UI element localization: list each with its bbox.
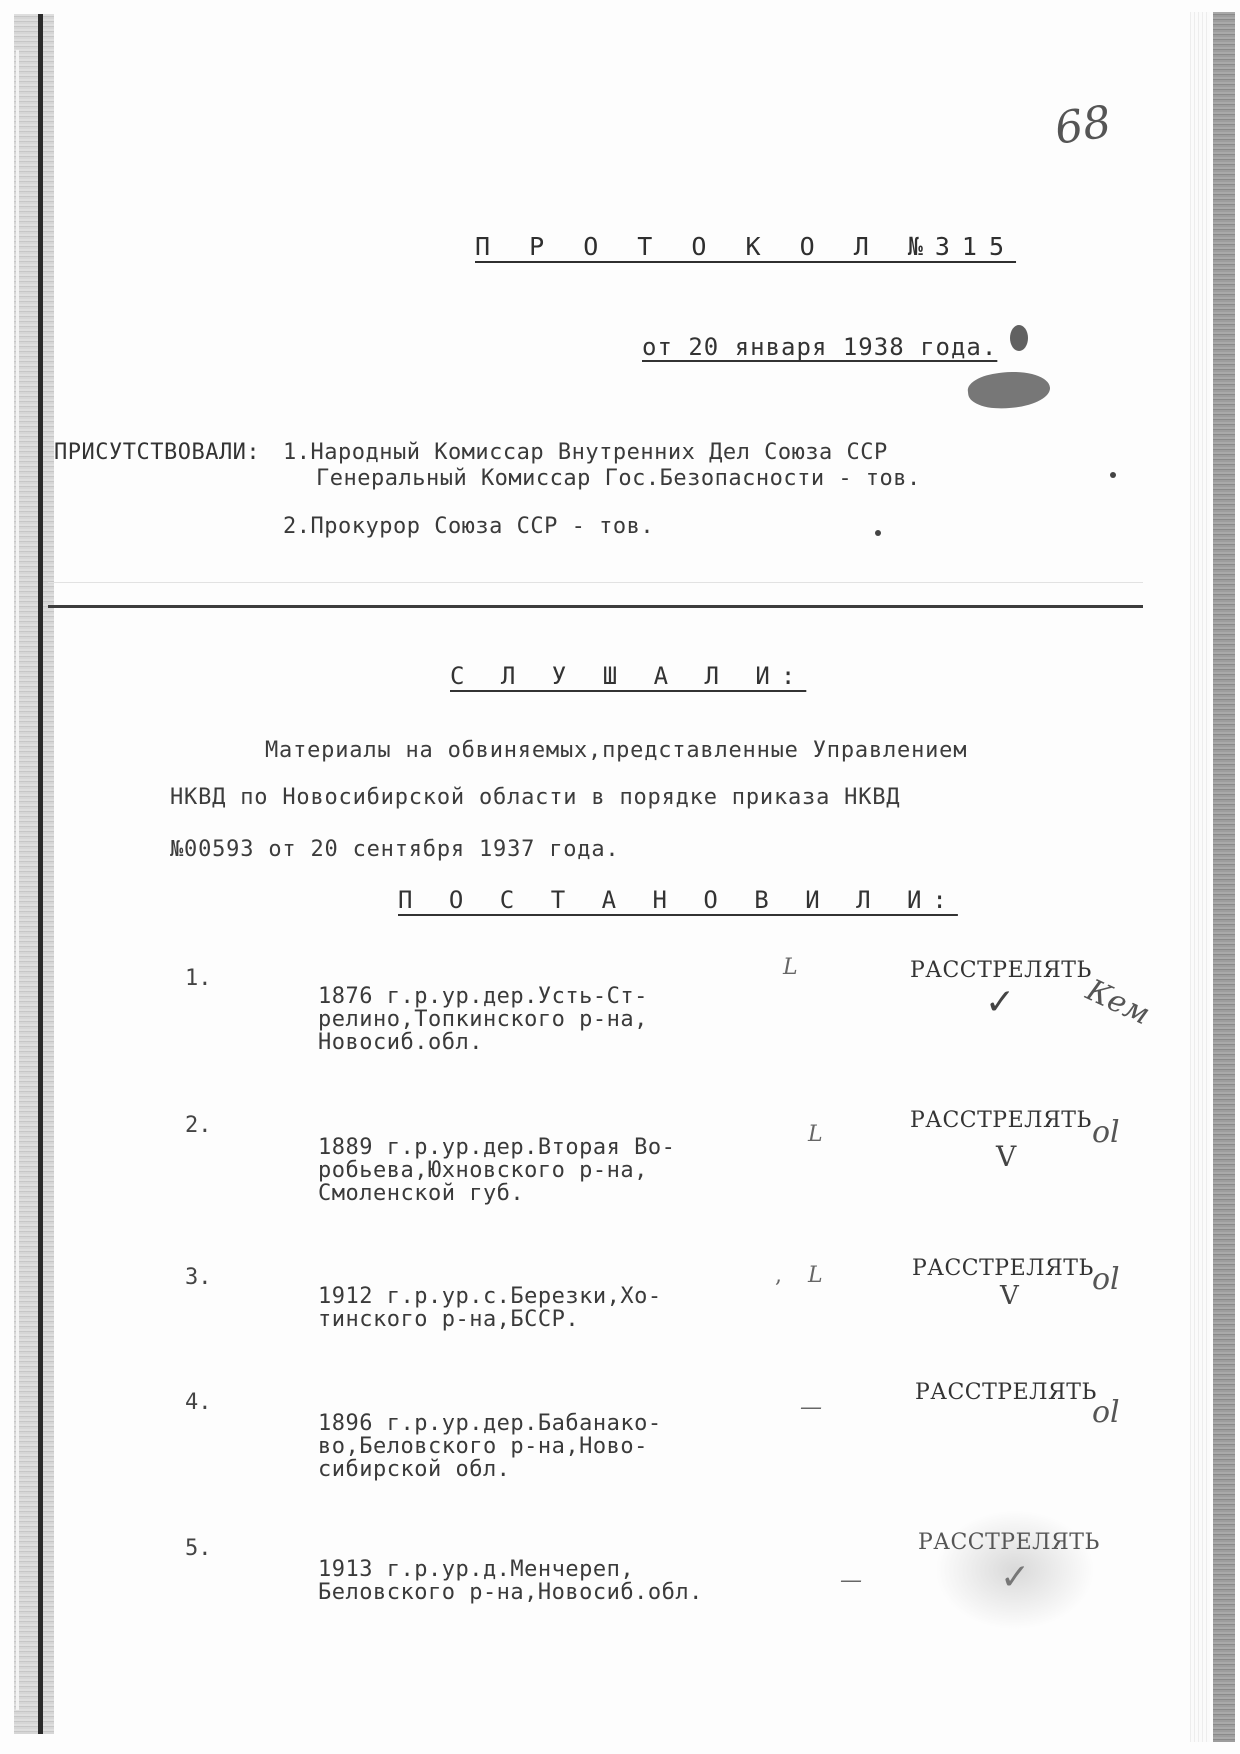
scan-right-shadow [1190, 12, 1210, 1742]
check-mark-icon: V [996, 1143, 1016, 1171]
present-member-1-line2: Генеральный Комиссар Гос.Безопасности - … [316, 466, 921, 491]
heard-heading: С Л У Ш А Л И: [450, 662, 806, 690]
item-verdict: РАССТРЕЛЯТЬ [915, 1380, 1097, 1405]
scan-right-border [1213, 12, 1235, 1742]
fold-line [48, 582, 1143, 583]
item-number: 5. [185, 1536, 212, 1561]
document-date: от 20 января 1938 года. [642, 333, 997, 361]
handwritten-initials: ol [1092, 1262, 1120, 1297]
archive-page-number: 68 [1052, 96, 1115, 154]
heard-line-2: НКВД по Новосибирской области в порядке … [170, 785, 900, 810]
scan-left-highlight [16, 50, 19, 1710]
document-title: П Р О Т О К О Л №315 [475, 232, 1016, 261]
handwritten-initials: ol [1092, 1395, 1120, 1430]
item-description: 1889 г.р.ур.дер.Вторая Во- робьева,Юхнов… [318, 1136, 675, 1205]
margin-tick: L [783, 955, 798, 980]
ink-blot [1010, 325, 1028, 351]
item-number: 3. [185, 1265, 212, 1290]
item-number: 2. [185, 1113, 212, 1138]
item-description: 1896 г.р.ур.дер.Бабанако- во,Беловского … [318, 1412, 662, 1481]
margin-tick: — [840, 1568, 862, 1593]
item-description: 1913 г.р.ур.д.Менчереп, Беловского р-на,… [318, 1558, 703, 1604]
margin-tick: L [808, 1122, 823, 1147]
margin-tick: — [800, 1395, 822, 1420]
handwritten-initials: ol [1092, 1115, 1120, 1150]
item-description: 1876 г.р.ур.дер.Усть-Ст- релино,Топкинск… [318, 985, 648, 1054]
resolved-heading: П О С Т А Н О В И Л И: [398, 886, 958, 914]
heard-line-3: №00593 от 20 сентября 1937 года. [170, 837, 619, 862]
present-member-1-line1: 1.Народный Комиссар Внутренних Дел Союза… [283, 440, 888, 465]
item-verdict: РАССТРЕЛЯТЬ [912, 1256, 1094, 1281]
scan-left-binding-line [38, 14, 43, 1734]
present-label: ПРИСУТСТВОВАЛИ: [54, 440, 260, 465]
typewriter-dot [875, 530, 881, 536]
check-mark-icon: V [1000, 1283, 1019, 1309]
section-separator [48, 605, 1143, 608]
scan-left-border [14, 14, 54, 1734]
typewriter-dot [1110, 472, 1116, 478]
handwritten-initials: Кем [1081, 973, 1155, 1033]
item-number: 4. [185, 1390, 212, 1415]
check-mark-icon: ✓ [985, 985, 1015, 1021]
item-number: 1. [185, 966, 212, 991]
item-description: 1912 г.р.ур.с.Березки,Хо- тинского р-на,… [318, 1285, 662, 1331]
item-verdict: РАССТРЕЛЯТЬ [910, 958, 1092, 983]
check-mark-icon: ✓ [1000, 1560, 1030, 1596]
ink-blot [966, 368, 1051, 412]
heard-line-1: Материалы на обвиняемых,представленные У… [265, 738, 967, 763]
item-verdict: РАССТРЕЛЯТЬ [918, 1530, 1100, 1555]
document-page: 68 П Р О Т О К О Л №315 от 20 января 193… [0, 0, 1240, 1754]
present-member-2-line1: 2.Прокурор Союза ССР - тов. [283, 514, 654, 539]
stray-comma: , [775, 1263, 782, 1288]
item-verdict: РАССТРЕЛЯТЬ [910, 1108, 1092, 1133]
margin-tick: L [808, 1263, 823, 1288]
